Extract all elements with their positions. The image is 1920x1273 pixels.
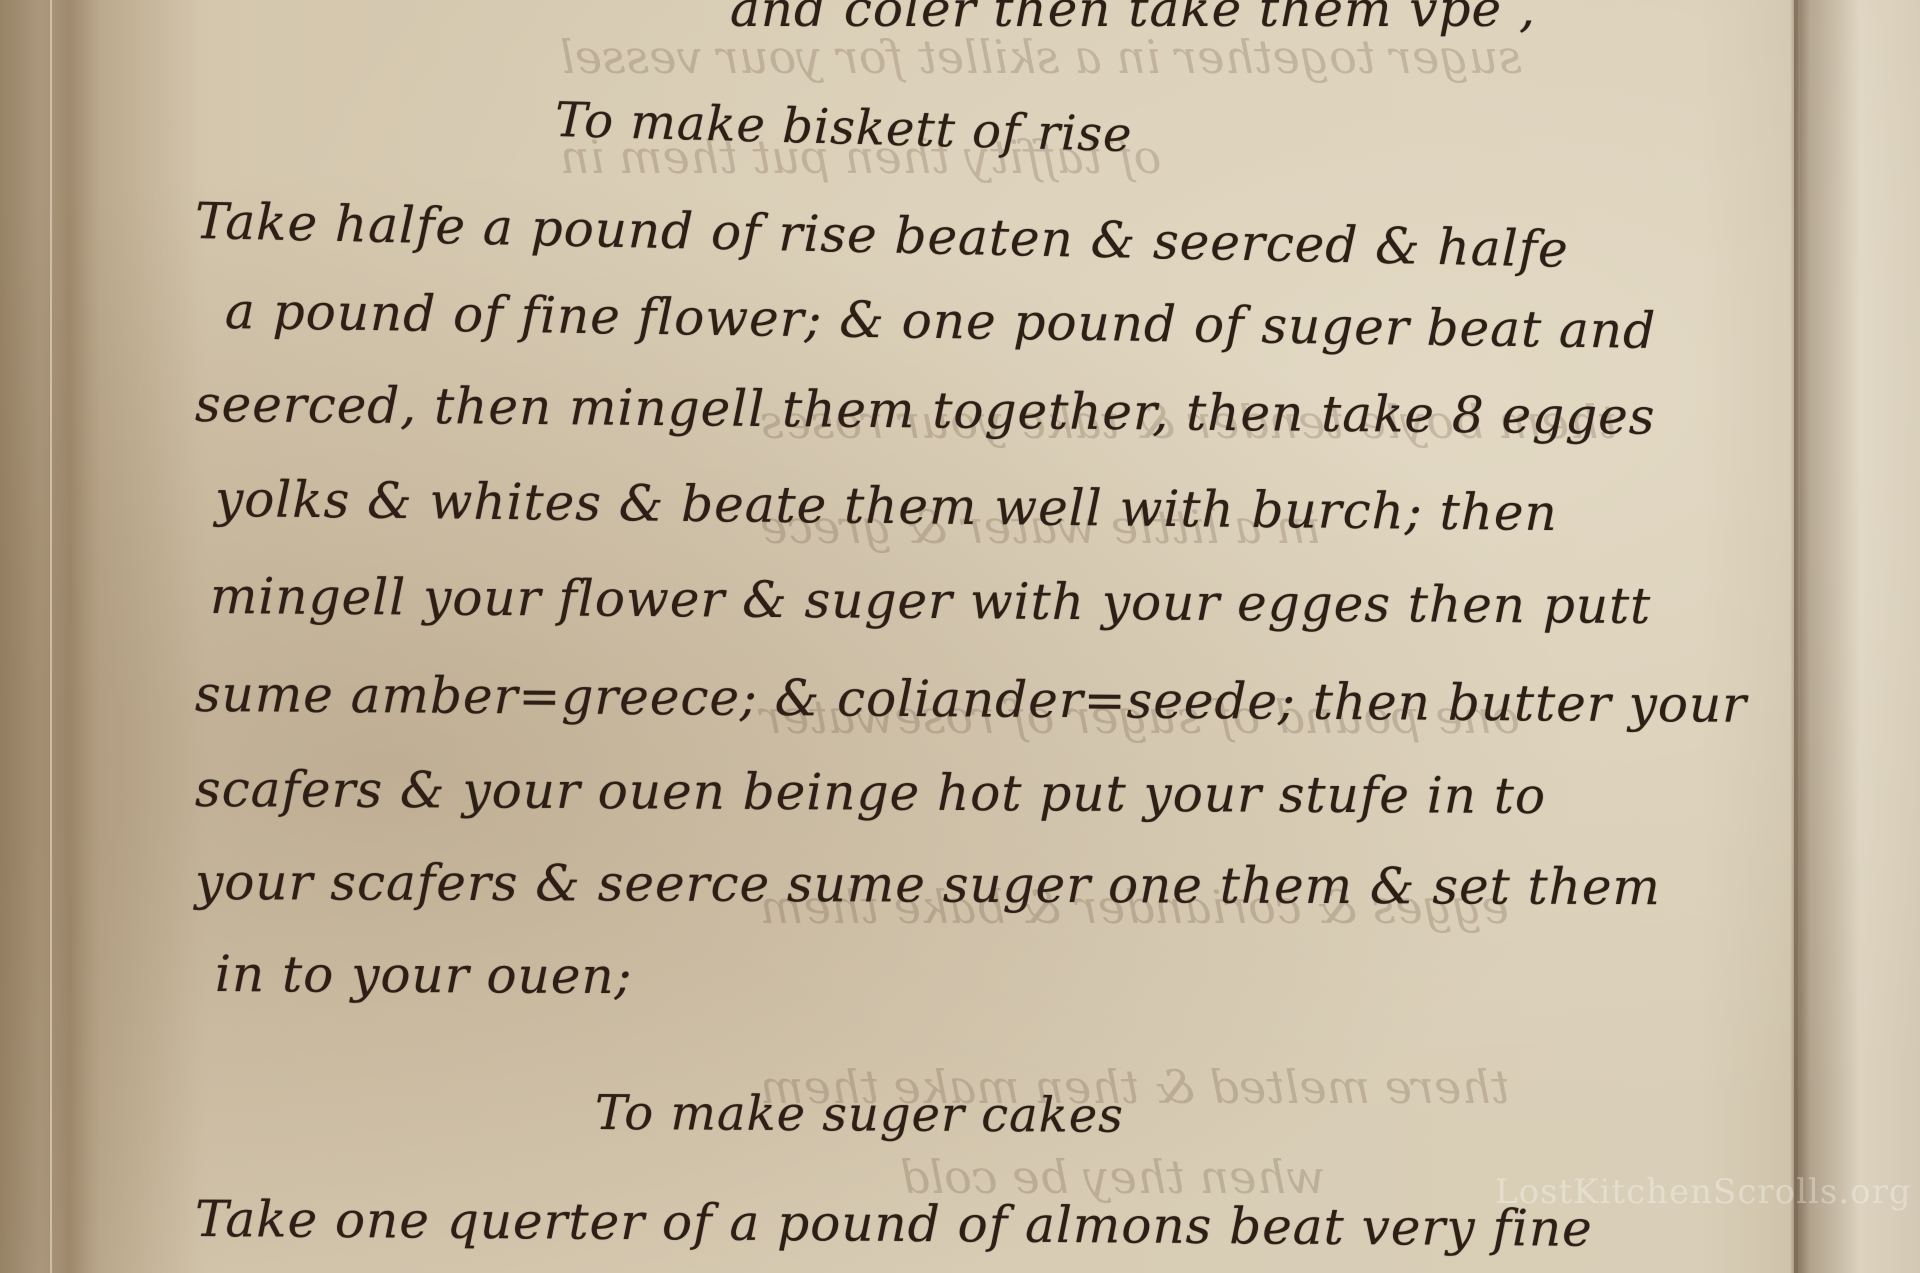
binding-gutter-line [50, 0, 52, 1273]
binding-gutter-shadow [0, 0, 210, 1273]
bleed-through-text: suger together in a skillet for your ves… [560, 30, 1522, 84]
manuscript-line: seerced, then mingell them together, the… [195, 375, 1656, 446]
manuscript-line: your scafers & seerce sume suger one the… [195, 853, 1661, 916]
manuscript-line: scafers & your ouen beinge hot put your … [195, 760, 1546, 825]
manuscript-line: Take halfe a pound of rise beaten & seer… [194, 192, 1569, 279]
recipe-heading: To make suger cakes [595, 1085, 1124, 1144]
manuscript-line: in to your ouen; [215, 945, 633, 1005]
manuscript-line: Take one querter of a pound of almons be… [195, 1190, 1593, 1258]
manuscript-scan: suger together in a skillet for your ves… [0, 0, 1920, 1273]
manuscript-line: mingell your flower & suger with your eg… [210, 567, 1652, 635]
manuscript-line: sume amber=greece; & coliander=seede; th… [195, 665, 1747, 734]
manuscript-line: a pound of fine flower; & one pound of s… [225, 282, 1657, 360]
next-page-margin [1800, 0, 1920, 1273]
manuscript-line: yolks & whites & beate them well with bu… [215, 470, 1558, 542]
watermark: LostKitchenScrolls.org [1495, 1172, 1912, 1212]
manuscript-line: and coler then take them vpe , [730, 0, 1536, 38]
